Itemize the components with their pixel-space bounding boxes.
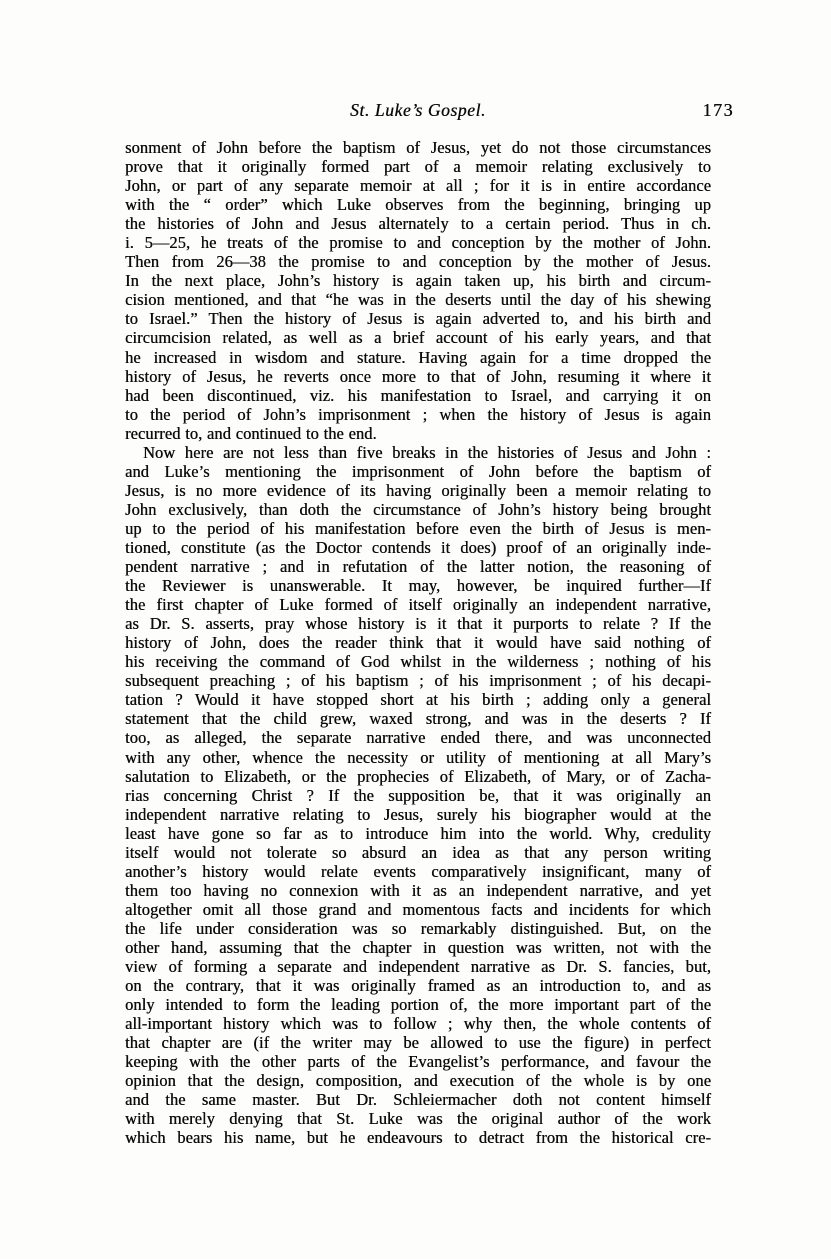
text-line: keeping with the other parts of the Evan… <box>125 1052 711 1071</box>
text-line: prove that it originally formed part of … <box>125 157 711 176</box>
text-line: cision mentioned, and that “he was in th… <box>125 290 711 309</box>
text-line: and the same master. But Dr. Schleiermac… <box>125 1090 711 1109</box>
text-line: Now here are not less than five breaks i… <box>125 443 711 462</box>
text-line: independent narrative relating to Jesus,… <box>125 805 711 824</box>
text-line: salutation to Elizabeth, or the propheci… <box>125 767 711 786</box>
text-line: had been discontinued, viz. his manifest… <box>125 386 711 405</box>
text-line: history of Jesus, he reverts once more t… <box>125 367 711 386</box>
text-line: least have gone so far as to introduce h… <box>125 824 711 843</box>
text-line: John, or part of any separate memoir at … <box>125 176 711 195</box>
paragraph: Now here are not less than five breaks i… <box>125 443 711 1148</box>
text-line: them too having no connexion with it as … <box>125 881 711 900</box>
text-line: only intended to form the leading portio… <box>125 995 711 1014</box>
text-line: recurred to, and continued to the end. <box>125 424 711 443</box>
text-line: sonment of John before the baptism of Je… <box>125 138 711 157</box>
text-line: the life under consideration was so rema… <box>125 919 711 938</box>
text-line: all-important history which was to follo… <box>125 1014 711 1033</box>
text-line: pendent narrative ; and in refutation of… <box>125 557 711 576</box>
running-title: St. Luke’s Gospel. <box>125 100 711 121</box>
paragraph: sonment of John before the baptism of Je… <box>125 138 711 443</box>
text-line: the Reviewer is unanswerable. It may, ho… <box>125 576 711 595</box>
text-line: view of forming a separate and independe… <box>125 957 711 976</box>
text-line: other hand, assuming that the chapter in… <box>125 938 711 957</box>
text-line: i. 5—25, he treats of the promise to and… <box>125 233 711 252</box>
text-line: with merely denying that St. Luke was th… <box>125 1109 711 1128</box>
text-line: Jesus, is no more evidence of its having… <box>125 481 711 500</box>
page-number: 173 <box>703 100 735 121</box>
text-line: rias concerning Christ ? If the supposit… <box>125 786 711 805</box>
text-line: history of John, does the reader think t… <box>125 633 711 652</box>
text-line: he increased in wisdom and stature. Havi… <box>125 348 711 367</box>
text-line: which bears his name, but he endeavours … <box>125 1128 711 1147</box>
text-line: subsequent preaching ; of his baptism ; … <box>125 671 711 690</box>
text-line: Then from 26—38 the promise to and conce… <box>125 252 711 271</box>
text-line: to the period of John’s imprisonment ; w… <box>125 405 711 424</box>
text-line: tation ? Would it have stopped short at … <box>125 690 711 709</box>
text-line: and Luke’s mentioning the imprisonment o… <box>125 462 711 481</box>
text-line: circumcision related, as well as a brief… <box>125 328 711 347</box>
text-line: opinion that the design, composition, an… <box>125 1071 711 1090</box>
text-line: the first chapter of Luke formed of itse… <box>125 595 711 614</box>
text-line: that chapter are (if the writer may be a… <box>125 1033 711 1052</box>
text-line: In the next place, John’s history is aga… <box>125 271 711 290</box>
text-line: another’s history would relate events co… <box>125 862 711 881</box>
text-line: altogether omit all those grand and mome… <box>125 900 711 919</box>
scanned-book-page: St. Luke’s Gospel. 173 sonment of John b… <box>0 0 831 1259</box>
text-line: up to the period of his manifestation be… <box>125 519 711 538</box>
text-line: with the “ order” which Luke observes fr… <box>125 195 711 214</box>
text-line: as Dr. S. asserts, pray whose history is… <box>125 614 711 633</box>
text-line: too, as alleged, the separate narrative … <box>125 728 711 747</box>
text-line: with any other, whence the necessity or … <box>125 748 711 767</box>
text-line: itself would not tolerate so absurd an i… <box>125 843 711 862</box>
text-line: to Israel.” Then the history of Jesus is… <box>125 309 711 328</box>
text-line: John exclusively, than doth the circumst… <box>125 500 711 519</box>
text-line: the histories of John and Jesus alternat… <box>125 214 711 233</box>
text-line: on the contrary, that it was originally … <box>125 976 711 995</box>
running-header: St. Luke’s Gospel. 173 <box>125 100 711 124</box>
text-line: statement that the child grew, waxed str… <box>125 709 711 728</box>
text-line: tioned, constitute (as the Doctor conten… <box>125 538 711 557</box>
text-line: his receiving the command of God whilst … <box>125 652 711 671</box>
text-block: sonment of John before the baptism of Je… <box>125 138 711 1147</box>
